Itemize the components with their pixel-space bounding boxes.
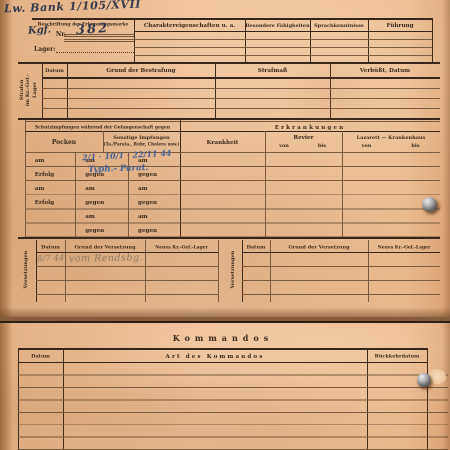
col-charaktereigenschaften: Charaktereigenschaften u. a. [151, 21, 229, 29]
impf-row-label: am [138, 213, 171, 220]
fastener-pin [417, 373, 431, 387]
col-sonstige-impfungen-sub: (Ta./Parata., Ruhr, Cholera usw.) [121, 142, 161, 146]
strafen-col-datum: Datum [47, 66, 63, 73]
impf-row-label: am [85, 185, 119, 192]
impf-row-label: am [35, 157, 67, 164]
card-right-edge [442, 0, 450, 317]
strafen-side-label: Strafenim Kr.-Gef.-Lager [16, 62, 40, 118]
kommandos-title: Kommandos [18, 331, 428, 345]
lager-entry-line [56, 46, 134, 53]
strafen-col-grund: Grund der Bestrafung [89, 66, 193, 74]
handwritten-transfer-origin: vom Rendsbg. [69, 252, 143, 264]
col-revier: Revier [277, 134, 331, 140]
rule-line [134, 47, 432, 48]
card-left-edge [0, 323, 12, 450]
fastener-pin [422, 197, 437, 212]
impf-row-label: gegen [138, 199, 171, 206]
lazarett-von: von [351, 143, 381, 148]
paper-stain [270, 60, 390, 130]
col-besondere-faehigkeiten: Besondere Fähigkeiten [257, 21, 297, 28]
impfungen-title: Schutzimpfungen während der Gefangenscha… [59, 124, 146, 129]
rule-line [18, 62, 440, 64]
versetzungen-side-label: Versetzungen [18, 240, 32, 300]
impf-row-label: am [85, 213, 119, 220]
col-lazarett-krankenhaus: Lazarett — Krankenhaus [361, 134, 422, 139]
col-fuehrung: Führung [378, 21, 423, 29]
impf-row-label: Erfolg [35, 199, 67, 206]
versetzungen-ruled-rows [242, 253, 440, 296]
lager-label: Lager: [34, 45, 52, 52]
rule-line [218, 240, 219, 302]
versetzungen-col-grund: Grund der Versetzung [289, 243, 350, 250]
rule-line [32, 18, 134, 20]
col-pocken: Pocken [35, 137, 94, 147]
versetzungen-col-neues-lager: Neues Kr.-Gef.-Lager [384, 243, 424, 249]
rule-line [432, 18, 433, 62]
rule-line [25, 121, 440, 122]
versetzungen-side-label: Versetzungen [225, 240, 239, 300]
photographed-pow-record-cards: Lw. Bank 1/105/XVII Beschriftung der Erk… [0, 0, 450, 450]
kommandos-ruled-rows [18, 363, 448, 450]
versetzungen-col-datum: Datum [247, 243, 264, 250]
kommandos-col-art: Art des Kommandos [109, 352, 322, 360]
handwritten-vaccination-against: Typh.- Parat. [88, 163, 149, 175]
rule-line [18, 348, 427, 350]
col-sprachkenntnisse: Sprachkenntnisse [321, 21, 357, 28]
col-krankheit: Krankheit [193, 137, 253, 146]
kommandos-col-rueckkehrdatum: Rückkehrdatum [378, 352, 415, 359]
impf-row-label: am [35, 185, 67, 192]
impf-row-label: gegen [85, 199, 119, 206]
versetzungen-col-neues-lager: Neues Kr.-Gef.-Lager [161, 243, 202, 249]
rule-line [64, 39, 134, 40]
kommandos-col-datum: Datum [27, 352, 55, 359]
rule-line [25, 131, 440, 132]
rule-line [134, 31, 432, 32]
card-left-edge [0, 0, 12, 317]
rule-line [64, 41, 134, 42]
lazarett-bis: bis [400, 143, 430, 148]
handwritten-kgf: Kgf. [28, 24, 52, 36]
impf-row-label: gegen [138, 227, 171, 234]
handwritten-tag-number: 382 [76, 21, 110, 38]
rule-line [134, 55, 432, 56]
bottom-record-card: Kommandos Datum Art des Kommandos Rückke… [0, 321, 450, 450]
rule-line [18, 118, 440, 120]
impf-row-label: am [138, 185, 171, 192]
rule-line [75, 152, 76, 237]
card-right-edge [442, 323, 450, 450]
handwritten-unit-number: Lw. Bank 1/105/XVII [4, 0, 141, 15]
handwritten-transfer-date: 8/7 44 [37, 254, 65, 265]
impf-row-label: Erfolg [35, 171, 67, 178]
rule-line [134, 39, 432, 40]
revier-bis: bis [310, 143, 334, 148]
top-record-card: Lw. Bank 1/105/XVII Beschriftung der Erk… [0, 0, 450, 317]
rule-line [134, 18, 432, 20]
card-edge-shadow [0, 307, 450, 317]
col-sonstige-impfungen: Sonstige Impfungen [118, 134, 166, 139]
revier-von: von [272, 143, 296, 148]
